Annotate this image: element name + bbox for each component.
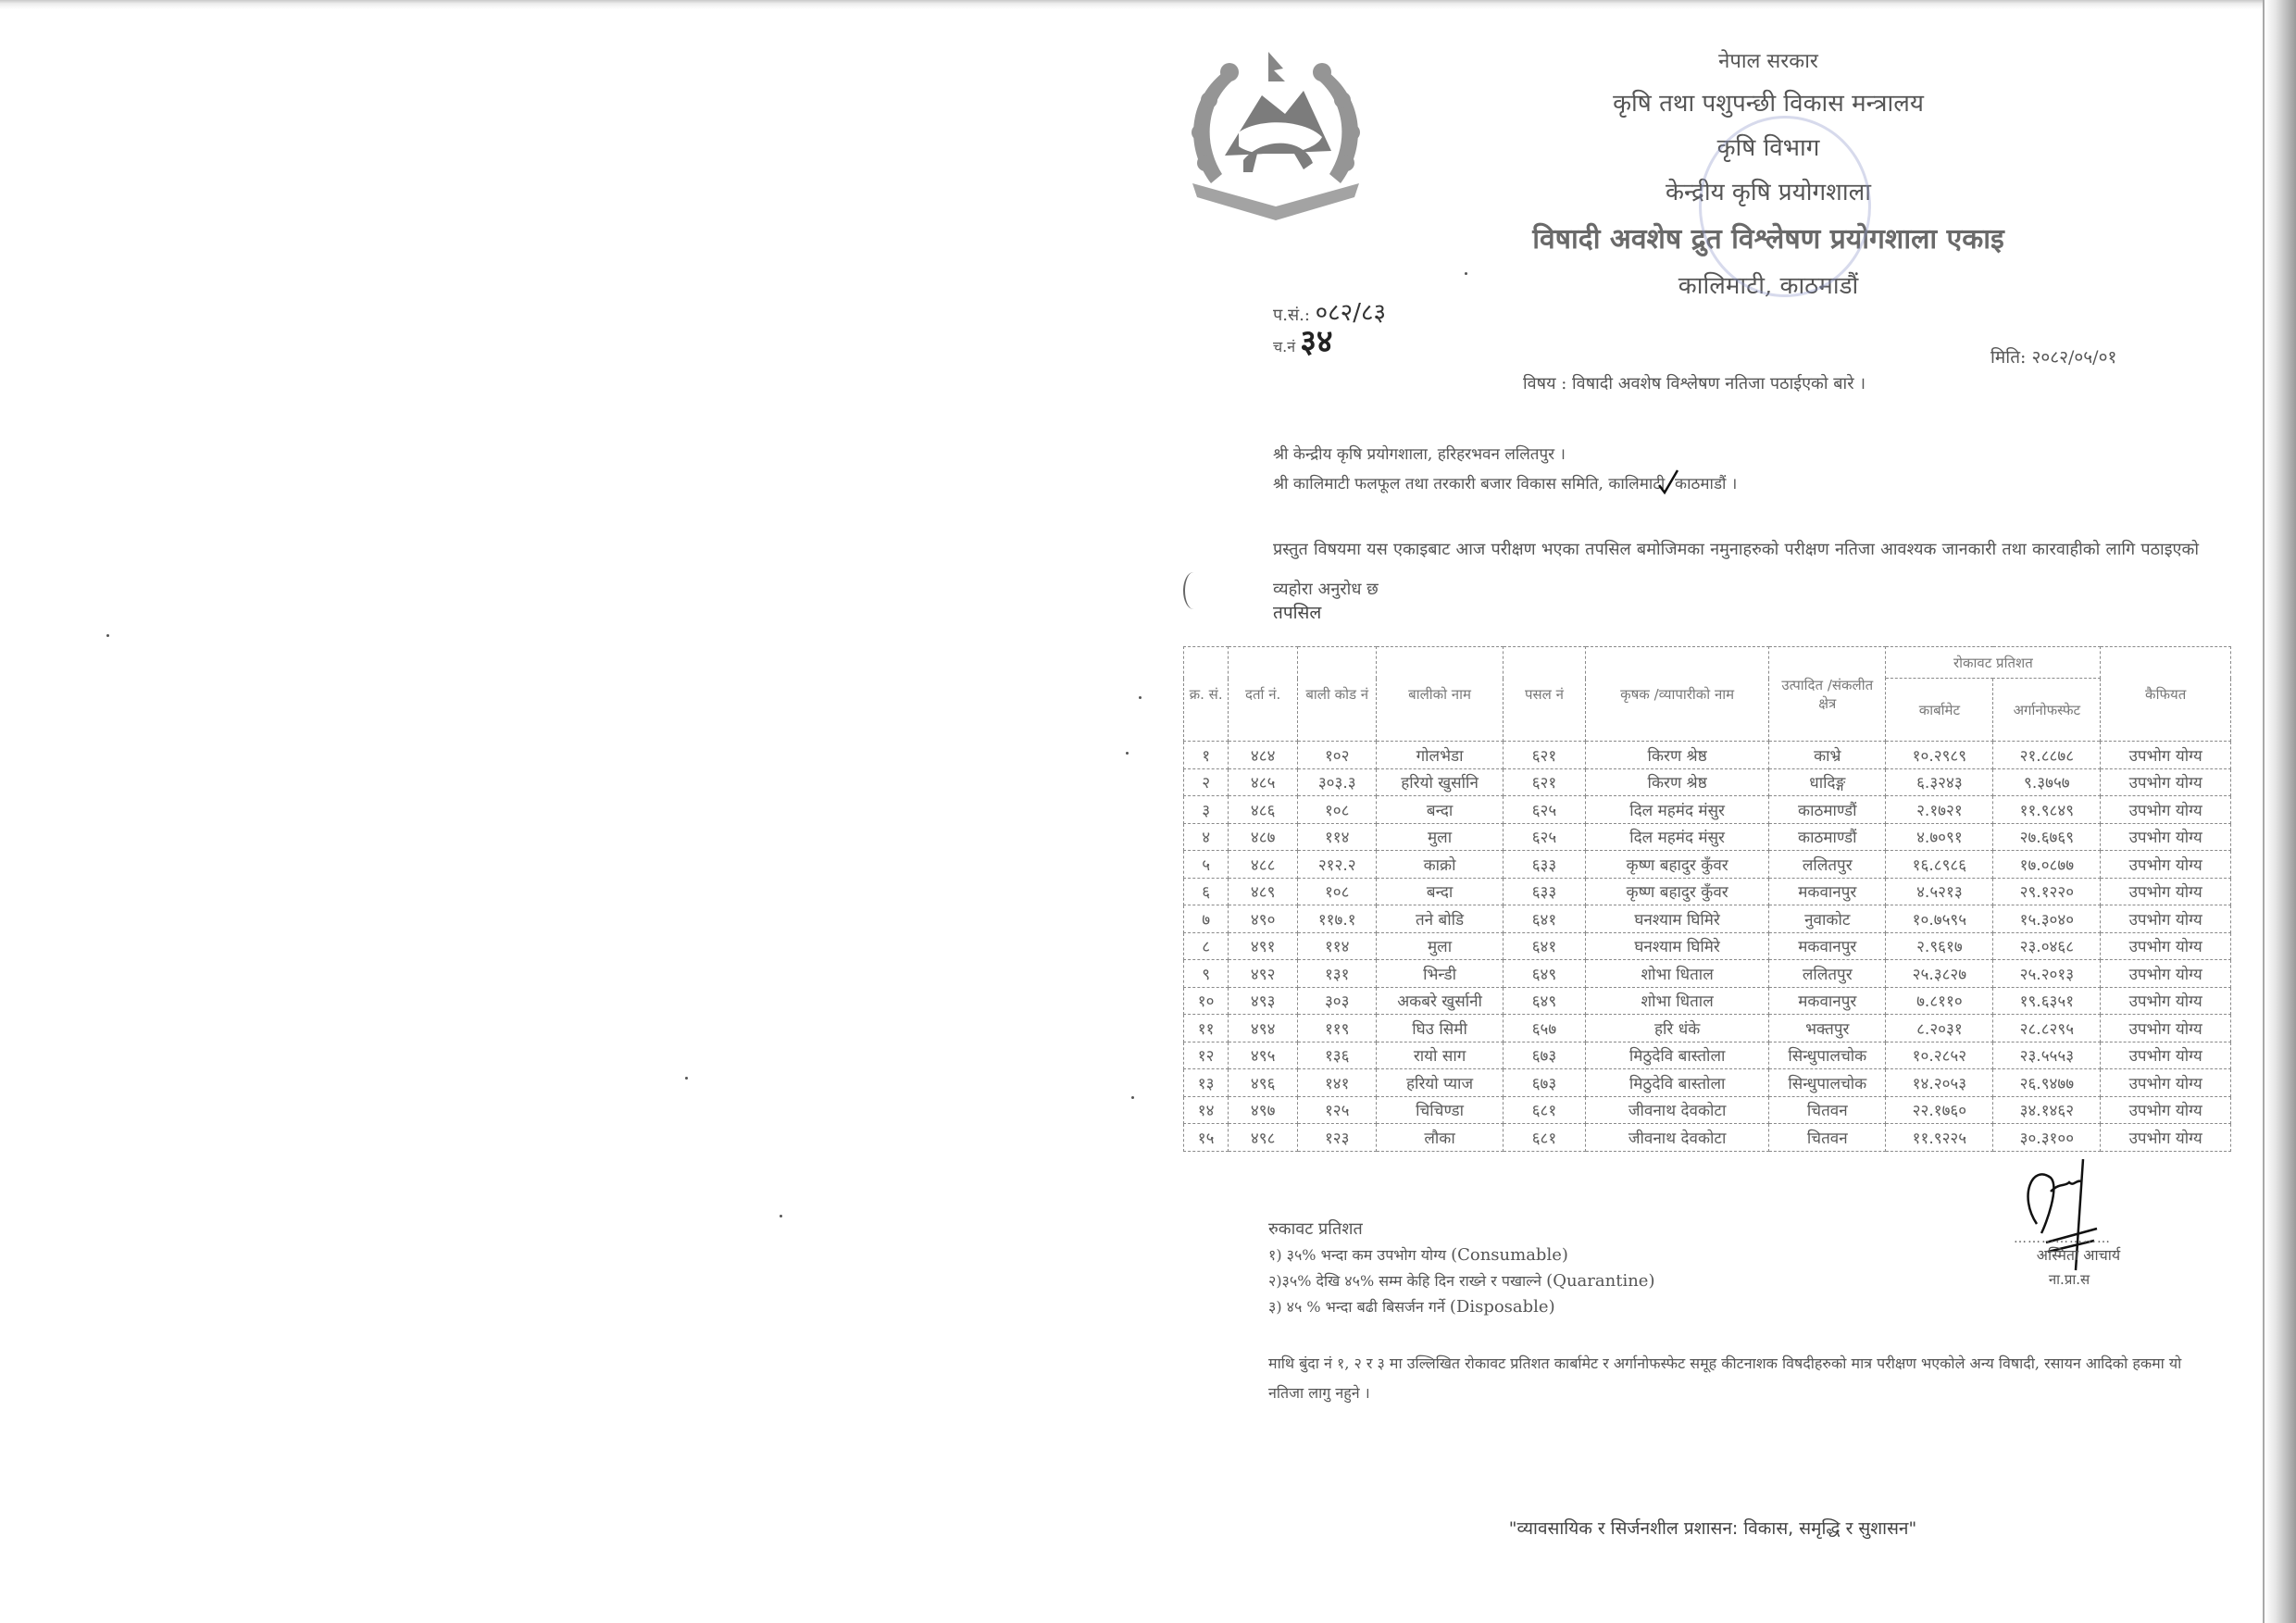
table-row: २४८५३०३.३हरियो खुर्सानि६२१किरण श्रेष्ठधा… xyxy=(1184,768,2231,796)
cell-shop-no: ६३३ xyxy=(1503,851,1585,879)
legend-item-consumable: १) ३५% भन्दा कम उपभोग योग्य (Consumable) xyxy=(1268,1244,1568,1265)
cell-sn: ४ xyxy=(1184,823,1229,851)
government-name: नेपाल सरकार xyxy=(1379,46,2157,74)
signatory-title: ना.प्रा.स xyxy=(2004,1270,2134,1289)
cell-carbamate: ४.७०९१ xyxy=(1886,823,1993,851)
cell-crop-code: ११९ xyxy=(1298,1015,1377,1042)
cell-crop-name: मुला xyxy=(1377,932,1504,960)
cell-organophosphate: ९.३७५७ xyxy=(1993,768,2101,796)
cell-carbamate: १४.२०५३ xyxy=(1886,1069,1993,1097)
cell-organophosphate: २७.६७६९ xyxy=(1993,823,2101,851)
scan-speck xyxy=(685,1077,688,1080)
cell-crop-code: ३०३ xyxy=(1298,987,1377,1015)
cell-farmer: कृष्ण बहादुर कुँवर xyxy=(1586,878,1769,905)
cell-crop-name: अकबरे खुर्सानी xyxy=(1377,987,1504,1015)
legend-item-disposable: ३) ४५ % भन्दा बढी बिसर्जन गर्ने (Disposa… xyxy=(1268,1296,1555,1317)
cell-crop-name: हरियो प्याज xyxy=(1377,1069,1504,1097)
cell-farmer: दिल महमंद मंसुर xyxy=(1586,796,1769,824)
cell-origin: काठमाण्डौं xyxy=(1769,823,1886,851)
col-organophosphate: अर्गानोफस्फेट xyxy=(1993,679,2101,742)
table-row: ५४८८२१२.२काक्रो६३३कृष्ण बहादुर कुँवरललित… xyxy=(1184,851,2231,879)
cell-farmer: जीवनाथ देवकोटा xyxy=(1586,1096,1769,1124)
cell-darta: ४९० xyxy=(1229,905,1298,933)
cell-sn: १ xyxy=(1184,742,1229,769)
cell-crop-code: ११४ xyxy=(1298,823,1377,851)
cell-shop-no: ६४१ xyxy=(1503,932,1585,960)
nepal-emblem-icon xyxy=(1174,44,1378,230)
cell-crop-name: मुला xyxy=(1377,823,1504,851)
cell-darta: ४८६ xyxy=(1229,796,1298,824)
cell-origin: नुवाकोट xyxy=(1769,905,1886,933)
cell-carbamate: १०.२९८९ xyxy=(1886,742,1993,769)
office-stamp xyxy=(1699,116,1871,297)
cell-remarks: उपभोग योग्य xyxy=(2101,878,2231,905)
cell-organophosphate: २३.५५५३ xyxy=(1993,1042,2101,1069)
cell-farmer: घनश्याम घिमिरे xyxy=(1586,905,1769,933)
cell-organophosphate: २३.०४६८ xyxy=(1993,932,2101,960)
cell-sn: ५ xyxy=(1184,851,1229,879)
cell-darta: ४९६ xyxy=(1229,1069,1298,1097)
cell-farmer: शोभा धिताल xyxy=(1586,987,1769,1015)
ministry-name: कृषि तथा पशुपन्छी विकास मन्त्रालय xyxy=(1379,85,2157,119)
cell-shop-no: ६८१ xyxy=(1503,1096,1585,1124)
cell-origin: मकवानपुर xyxy=(1769,932,1886,960)
letter-date: मिति: २०८२/०५/०१ xyxy=(1990,344,2116,368)
cell-organophosphate: ३४.१४६२ xyxy=(1993,1096,2101,1124)
cell-remarks: उपभोग योग्य xyxy=(2101,1069,2231,1097)
date-value: २०८२/०५/०१ xyxy=(2031,347,2116,368)
cell-organophosphate: १७.०८७७ xyxy=(1993,851,2101,879)
legend-item-quarantine: २)३५% देखि ४५% सम्म केहि दिन राख्ने र पख… xyxy=(1268,1270,1654,1291)
cell-shop-no: ६२१ xyxy=(1503,742,1585,769)
cell-organophosphate: ११.९८४९ xyxy=(1993,796,2101,824)
chalani-number: च.नं ३४ xyxy=(1273,318,1333,361)
cell-farmer: दिल महमंद मंसुर xyxy=(1586,823,1769,851)
cell-shop-no: ६७३ xyxy=(1503,1042,1585,1069)
cell-crop-code: ११७.१ xyxy=(1298,905,1377,933)
cell-farmer: शोभा धिताल xyxy=(1586,960,1769,988)
cell-crop-name: रायो साग xyxy=(1377,1042,1504,1069)
letter-page: नेपाल सरकार कृषि तथा पशुपन्छी विकास मन्त… xyxy=(1176,0,2268,1623)
cell-crop-name: भिन्डी xyxy=(1377,960,1504,988)
cell-crop-code: १४१ xyxy=(1298,1069,1377,1097)
cell-carbamate: २२.१७६० xyxy=(1886,1096,1993,1124)
signatory-name: अस्मिता आचार्य xyxy=(2004,1244,2152,1265)
table-row: १४४९७१२५चिचिण्डा६८१जीवनाथ देवकोटाचितवन२२… xyxy=(1184,1096,2231,1124)
cell-origin: मकवानपुर xyxy=(1769,987,1886,1015)
col-shop-no: पसल नं xyxy=(1503,647,1585,742)
checkmark-icon xyxy=(1657,468,1679,494)
cell-crop-name: चिचिण्डा xyxy=(1377,1096,1504,1124)
table-row: १०४९३३०३अकबरे खुर्सानी६४९शोभा धितालमकवान… xyxy=(1184,987,2231,1015)
cell-crop-code: १३१ xyxy=(1298,960,1377,988)
cell-farmer: कृष्ण बहादुर कुँवर xyxy=(1586,851,1769,879)
cell-crop-code: १०२ xyxy=(1298,742,1377,769)
cell-organophosphate: २६.९४७७ xyxy=(1993,1069,2101,1097)
col-remarks: कैफियत xyxy=(2101,647,2231,742)
cell-carbamate: ७.८११० xyxy=(1886,987,1993,1015)
letter-subject: विषय : विषादी अवशेष विश्लेषण नतिजा पठाईए… xyxy=(1523,372,1865,394)
table-row: १५४९८१२३लौका६८१जीवनाथ देवकोटाचितवन११.९२२… xyxy=(1184,1124,2231,1152)
cell-remarks: उपभोग योग्य xyxy=(2101,823,2231,851)
cell-organophosphate: २९.१२२० xyxy=(1993,878,2101,905)
cell-darta: ४९४ xyxy=(1229,1015,1298,1042)
cell-shop-no: ६४९ xyxy=(1503,987,1585,1015)
cell-remarks: उपभोग योग्य xyxy=(2101,932,2231,960)
cell-crop-name: काक्रो xyxy=(1377,851,1504,879)
cell-crop-name: घिउ सिमी xyxy=(1377,1015,1504,1042)
cell-sn: ३ xyxy=(1184,796,1229,824)
col-crop-name: बालीको नाम xyxy=(1377,647,1504,742)
cell-farmer: हरि धंके xyxy=(1586,1015,1769,1042)
cell-carbamate: २.१७२१ xyxy=(1886,796,1993,824)
cell-crop-code: ११४ xyxy=(1298,932,1377,960)
cell-farmer: मिठुदेवि बास्तोला xyxy=(1586,1042,1769,1069)
cell-carbamate: २५.३८२७ xyxy=(1886,960,1993,988)
cell-carbamate: २.९६१७ xyxy=(1886,932,1993,960)
cell-crop-code: १२५ xyxy=(1298,1096,1377,1124)
cell-crop-code: १०८ xyxy=(1298,878,1377,905)
col-inhibition-group: रोकावट प्रतिशत xyxy=(1886,647,2101,679)
date-label: मिति: xyxy=(1990,347,2026,368)
results-table: क्र. सं. दर्ता नं. बाली कोड नं बालीको ना… xyxy=(1183,646,2231,1152)
cell-crop-code: २१२.२ xyxy=(1298,851,1377,879)
chalani-label: च.नं xyxy=(1273,338,1295,356)
cell-sn: ९ xyxy=(1184,960,1229,988)
cell-remarks: उपभोग योग्य xyxy=(2101,1124,2231,1152)
cell-shop-no: ६४१ xyxy=(1503,905,1585,933)
cell-remarks: उपभोग योग्य xyxy=(2101,960,2231,988)
cell-carbamate: १०.२८५२ xyxy=(1886,1042,1993,1069)
cell-organophosphate: ३०.३१०० xyxy=(1993,1124,2101,1152)
cell-crop-name: तने बोडि xyxy=(1377,905,1504,933)
disclaimer-note: माथि बुंदा नं १, २ र ३ मा उल्लिखित रोकाव… xyxy=(1268,1349,2194,1408)
table-row: ७४९०११७.१तने बोडि६४१घनश्याम घिमिरेनुवाको… xyxy=(1184,905,2231,933)
col-origin: उत्पादित /संकलीत क्षेत्र xyxy=(1769,647,1886,742)
cell-darta: ४९७ xyxy=(1229,1096,1298,1124)
cell-remarks: उपभोग योग्य xyxy=(2101,768,2231,796)
footer-motto: "व्यावसायिक र सिर्जनशील प्रशासन: विकास, … xyxy=(1454,1516,1972,1540)
cell-crop-name: लौका xyxy=(1377,1124,1504,1152)
cell-carbamate: ४.५२१३ xyxy=(1886,878,1993,905)
body-paragraph: प्रस्तुत विषयमा यस एकाइबाट आज परीक्षण भए… xyxy=(1273,530,2199,609)
cell-origin: काठमाण्डौं xyxy=(1769,796,1886,824)
col-sn: क्र. सं. xyxy=(1184,647,1229,742)
cell-crop-code: १२३ xyxy=(1298,1124,1377,1152)
cell-darta: ४८९ xyxy=(1229,878,1298,905)
cell-crop-name: बन्दा xyxy=(1377,878,1504,905)
cell-darta: ४९८ xyxy=(1229,1124,1298,1152)
cell-remarks: उपभोग योग्य xyxy=(2101,851,2231,879)
cell-organophosphate: २१.८८७८ xyxy=(1993,742,2101,769)
cell-darta: ४९५ xyxy=(1229,1042,1298,1069)
cell-shop-no: ६२१ xyxy=(1503,768,1585,796)
table-row: ३४८६१०८बन्दा६२५दिल महमंद मंसुरकाठमाण्डौं… xyxy=(1184,796,2231,824)
cell-darta: ४९२ xyxy=(1229,960,1298,988)
cell-origin: काभ्रे xyxy=(1769,742,1886,769)
cell-shop-no: ६२५ xyxy=(1503,796,1585,824)
cell-shop-no: ६७३ xyxy=(1503,1069,1585,1097)
tapasil-heading: तपसिल xyxy=(1273,600,1321,624)
cell-darta: ४९१ xyxy=(1229,932,1298,960)
cell-farmer: घनश्याम घिमिरे xyxy=(1586,932,1769,960)
cell-origin: सिन्धुपालचोक xyxy=(1769,1042,1886,1069)
col-carbamate: कार्बामेट xyxy=(1886,679,1993,742)
recipient-1: श्री केन्द्रीय कृषि प्रयोगशाला, हरिहरभवन… xyxy=(1273,443,1566,464)
scan-speck xyxy=(106,634,109,637)
cell-sn: १२ xyxy=(1184,1042,1229,1069)
cell-remarks: उपभोग योग्य xyxy=(2101,1042,2231,1069)
table-row: ११४९४११९घिउ सिमी६५७हरि धंकेभक्तपुर८.२०३१… xyxy=(1184,1015,2231,1042)
chalani-value: ३४ xyxy=(1300,323,1332,360)
cell-sn: २ xyxy=(1184,768,1229,796)
table-row: ६४८९१०८बन्दा६३३कृष्ण बहादुर कुँवरमकवानपु… xyxy=(1184,878,2231,905)
cell-origin: चितवन xyxy=(1769,1124,1886,1152)
cell-farmer: किरण श्रेष्ठ xyxy=(1586,742,1769,769)
cell-farmer: जीवनाथ देवकोटा xyxy=(1586,1124,1769,1152)
cell-sn: ६ xyxy=(1184,878,1229,905)
cell-shop-no: ६२५ xyxy=(1503,823,1585,851)
cell-crop-name: हरियो खुर्सानि xyxy=(1377,768,1504,796)
table-row: १२४९५१३६रायो साग६७३मिठुदेवि बास्तोलासिन्… xyxy=(1184,1042,2231,1069)
cell-farmer: मिठुदेवि बास्तोला xyxy=(1586,1069,1769,1097)
cell-organophosphate: २५.२०१३ xyxy=(1993,960,2101,988)
cell-sn: ८ xyxy=(1184,932,1229,960)
cell-remarks: उपभोग योग्य xyxy=(2101,905,2231,933)
cell-darta: ४८८ xyxy=(1229,851,1298,879)
cell-crop-code: ३०३.३ xyxy=(1298,768,1377,796)
cell-origin: धादिङ्ग xyxy=(1769,768,1886,796)
scan-speck xyxy=(1139,696,1142,699)
cell-remarks: उपभोग योग्य xyxy=(2101,742,2231,769)
cell-shop-no: ६८१ xyxy=(1503,1124,1585,1152)
col-farmer: कृषक /व्यापारीको नाम xyxy=(1586,647,1769,742)
cell-carbamate: १०.७५९५ xyxy=(1886,905,1993,933)
cell-shop-no: ६५७ xyxy=(1503,1015,1585,1042)
col-crop-code: बाली कोड नं xyxy=(1298,647,1377,742)
cell-sn: १४ xyxy=(1184,1096,1229,1124)
legend-title: रुकावट प्रतिशत xyxy=(1268,1217,1363,1240)
cell-remarks: उपभोग योग्य xyxy=(2101,1015,2231,1042)
col-darta: दर्ता नं. xyxy=(1229,647,1298,742)
table-row: १४८४१०२गोलभेडा६२१किरण श्रेष्ठकाभ्रे१०.२९… xyxy=(1184,742,2231,769)
cell-darta: ४९३ xyxy=(1229,987,1298,1015)
cell-sn: ७ xyxy=(1184,905,1229,933)
cell-sn: १३ xyxy=(1184,1069,1229,1097)
cell-sn: १५ xyxy=(1184,1124,1229,1152)
cell-origin: मकवानपुर xyxy=(1769,878,1886,905)
cell-darta: ४८४ xyxy=(1229,742,1298,769)
cell-origin: ललितपुर xyxy=(1769,851,1886,879)
cell-darta: ४८५ xyxy=(1229,768,1298,796)
cell-crop-name: बन्दा xyxy=(1377,796,1504,824)
cell-farmer: किरण श्रेष्ठ xyxy=(1586,768,1769,796)
cell-carbamate: १६.८९८६ xyxy=(1886,851,1993,879)
table-row: १३४९६१४१हरियो प्याज६७३मिठुदेवि बास्तोलास… xyxy=(1184,1069,2231,1097)
table-row: ८४९१११४मुला६४१घनश्याम घिमिरेमकवानपुर२.९६… xyxy=(1184,932,2231,960)
cell-organophosphate: २८.८२९५ xyxy=(1993,1015,2101,1042)
cell-shop-no: ६३३ xyxy=(1503,878,1585,905)
table-row: ९४९२१३१भिन्डी६४९शोभा धितालललितपुर२५.३८२७… xyxy=(1184,960,2231,988)
cell-origin: चितवन xyxy=(1769,1096,1886,1124)
cell-remarks: उपभोग योग्य xyxy=(2101,796,2231,824)
cell-shop-no: ६४९ xyxy=(1503,960,1585,988)
cell-sn: ११ xyxy=(1184,1015,1229,1042)
cell-origin: सिन्धुपालचोक xyxy=(1769,1069,1886,1097)
cell-remarks: उपभोग योग्य xyxy=(2101,1096,2231,1124)
cell-remarks: उपभोग योग्य xyxy=(2101,987,2231,1015)
scan-speck xyxy=(1126,752,1129,755)
cell-organophosphate: १९.६३५१ xyxy=(1993,987,2101,1015)
cell-carbamate: ८.२०३१ xyxy=(1886,1015,1993,1042)
cell-carbamate: ६.३२४३ xyxy=(1886,768,1993,796)
cell-sn: १० xyxy=(1184,987,1229,1015)
cell-crop-code: १३६ xyxy=(1298,1042,1377,1069)
cell-darta: ४८७ xyxy=(1229,823,1298,851)
scan-right-shadow xyxy=(2265,0,2296,1623)
table-row: ४४८७११४मुला६२५दिल महमंद मंसुरकाठमाण्डौं४… xyxy=(1184,823,2231,851)
scan-speck xyxy=(780,1215,782,1217)
cell-origin: ललितपुर xyxy=(1769,960,1886,988)
cell-crop-name: गोलभेडा xyxy=(1377,742,1504,769)
cell-carbamate: ११.९२२५ xyxy=(1886,1124,1993,1152)
cell-organophosphate: १५.३०४० xyxy=(1993,905,2101,933)
cell-origin: भक्तपुर xyxy=(1769,1015,1886,1042)
cell-crop-code: १०८ xyxy=(1298,796,1377,824)
scan-speck xyxy=(1131,1096,1134,1099)
